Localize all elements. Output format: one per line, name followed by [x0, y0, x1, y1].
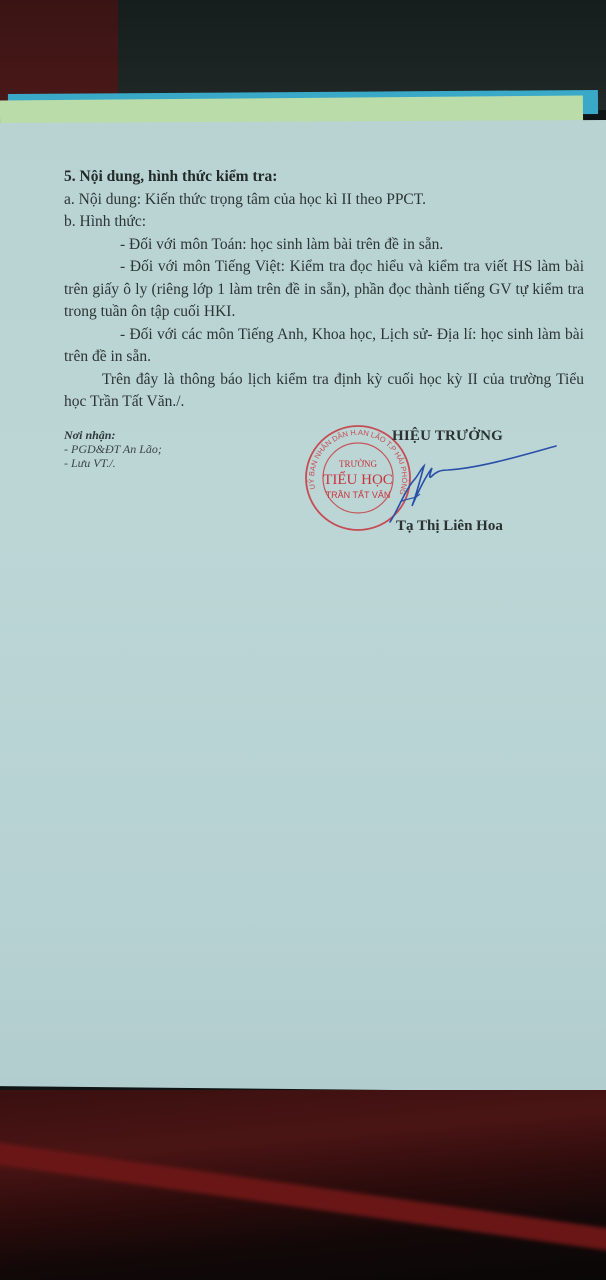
recipients-title: Nơi nhận:	[64, 428, 162, 442]
item-vietnamese: - Đối với môn Tiếng Việt: Kiểm tra đọc h…	[64, 256, 584, 324]
document-body: 5. Nội dung, hình thức kiểm tra: a. Nội …	[64, 166, 584, 414]
background-red-object	[0, 0, 118, 105]
item-other-subjects: - Đối với các môn Tiếng Anh, Khoa học, L…	[64, 324, 584, 369]
section-heading: 5. Nội dung, hình thức kiểm tra:	[64, 166, 584, 189]
recipients-block: Nơi nhận: - PGD&ĐT An Lão; - Lưu VT./.	[64, 428, 162, 470]
signer-name: Tạ Thị Liên Hoa	[396, 518, 503, 535]
recipient-item: - Lưu VT./.	[64, 456, 162, 470]
closing-paragraph: Trên đây là thông báo lịch kiểm tra định…	[64, 369, 584, 414]
recipient-item: - PGD&ĐT An Lão;	[64, 442, 162, 456]
form-heading: b. Hình thức:	[64, 211, 584, 234]
signature-icon	[370, 440, 560, 530]
item-math: - Đối với môn Toán: học sinh làm bài trê…	[64, 234, 584, 257]
content-line: a. Nội dung: Kiến thức trọng tâm của học…	[64, 189, 584, 212]
